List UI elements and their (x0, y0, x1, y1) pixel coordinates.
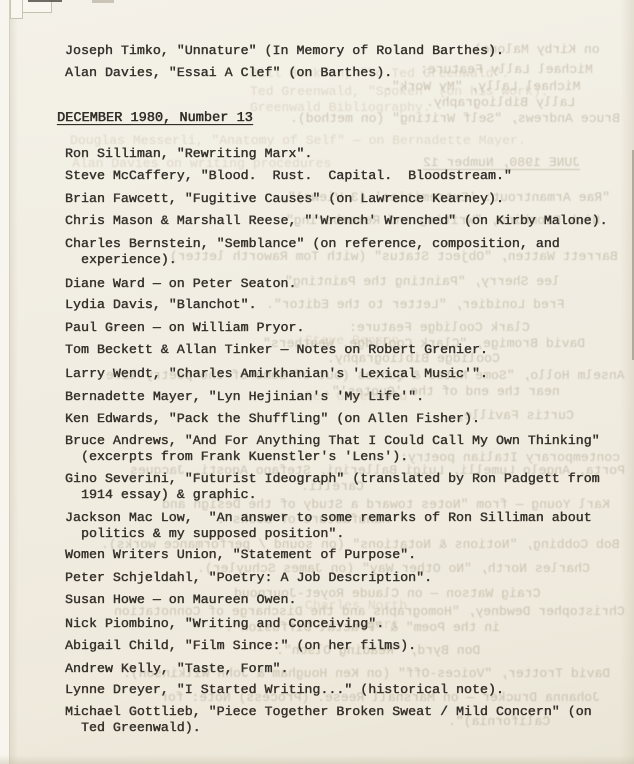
scan-smudge (92, 0, 114, 3)
toc-entry: Lydia Davis, "Blanchot". (65, 297, 626, 313)
scan-edge-mark (28, 0, 62, 2)
toc-entry: Gino Severini, "Futurist Ideograph" (tra… (65, 471, 626, 503)
issue-heading: DECEMBER 1980, Number 13 (57, 110, 253, 127)
toc-entry: Chris Mason & Marshall Reese, "'Wrench' … (65, 213, 626, 229)
toc-entry: Ken Edwards, "Pack the Shuffling" (on Al… (65, 411, 626, 427)
toc-entry: Alan Davies, "Essai A Clef" (on Barthes)… (65, 65, 626, 81)
toc-entry: Abigail Child, "Film Since:" (on her fil… (65, 638, 626, 654)
toc-entry: Joseph Timko, "Unnature" (In Memory of R… (65, 43, 626, 59)
underlying-sheet-edge (0, 0, 10, 764)
toc-entry: Steve McCaffery, "Blood. Rust. Capital. … (65, 168, 626, 184)
toc-entry: Bruce Andrews, "And For Anything That I … (65, 433, 626, 465)
toc-entry: Michael Gottlieb, "Piece Together Broken… (65, 704, 626, 736)
toc-entry: Peter Schjeldahl, "Poetry: A Job Descrip… (65, 570, 626, 586)
toc-entry: Bernadette Mayer, "Lyn Hejinian's 'My Li… (65, 389, 626, 405)
right-edge-shadow (620, 0, 634, 764)
toc-entry: Lynne Dreyer, "I Started Writing..." (hi… (65, 682, 626, 698)
page: on Kirby Malone).Michael Lally Feature:M… (0, 0, 634, 764)
toc-entry: Jackson Mac Low, "An answer to some rema… (65, 510, 626, 542)
toc-entry: Andrew Kelly, "Taste, Form". (65, 661, 626, 677)
page-edge-shadow (10, 0, 18, 764)
page-corner-tab-inner (10, 0, 23, 19)
toc-entry: Diane Ward — on Peter Seaton. (65, 276, 626, 292)
bleedthrough-text: Ted Greenwald, "Spoken" (on his work). (250, 84, 549, 100)
toc-entry: Susan Howe — on Maureen Owen. (65, 592, 626, 608)
bleedthrough-text: Greenwald Bibliography. (250, 100, 431, 116)
toc-entry: Tom Beckett & Allan Tinker — Notes on Ro… (65, 342, 626, 358)
toc-entry: Brian Fawcett, "Fugitive Causes" (on Law… (65, 191, 626, 207)
toc-entry: Charles Bernstein, "Semblance" (on refer… (65, 236, 626, 268)
bottom-edge-shadow (0, 755, 634, 764)
toc-entry: Ron Silliman, "Rewriting Marx". (65, 146, 626, 162)
toc-entry: Paul Green — on William Pryor. (65, 320, 626, 336)
toc-entry: Nick Piombino, "Writing and Conceiving". (65, 616, 626, 632)
toc-entry: Women Writers Union, "Statement of Purpo… (65, 547, 626, 563)
toc-entry: Larry Wendt, "Charles Amirkhanian's 'Lex… (65, 366, 626, 382)
